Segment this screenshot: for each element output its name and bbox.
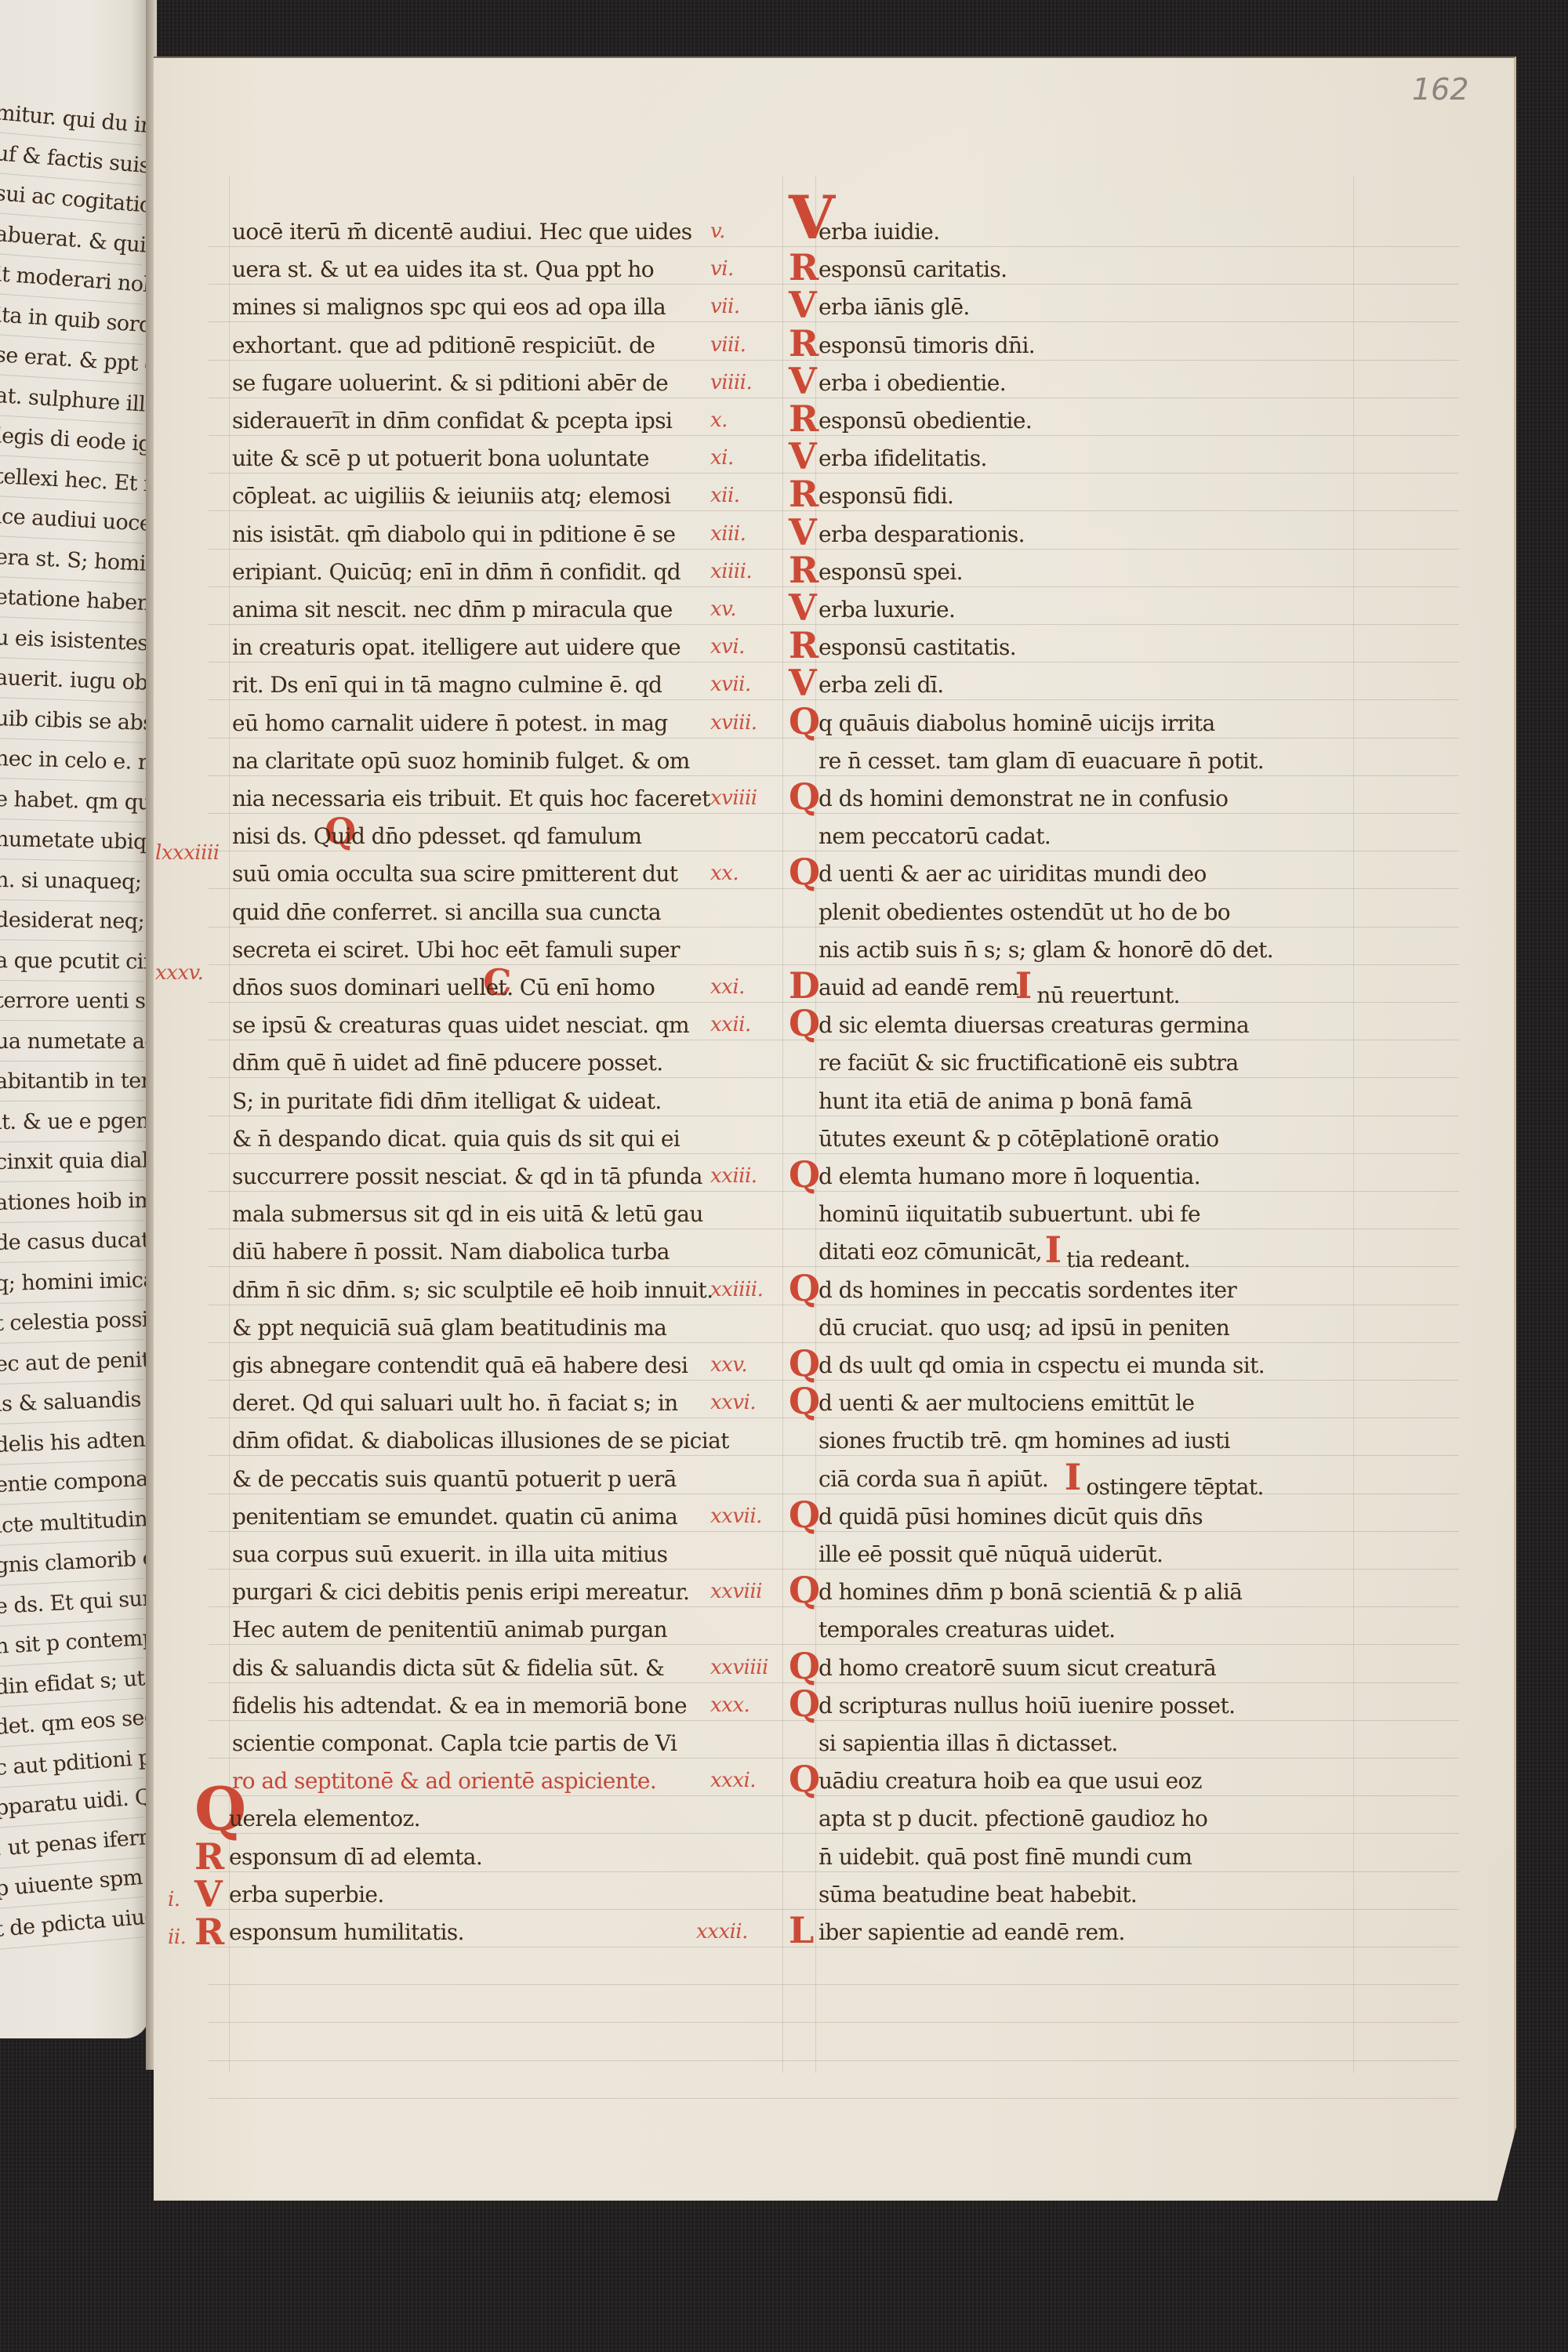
manuscript-text-line: diū habere n̄ possit. Nam diabolica turb… [232, 1236, 670, 1268]
manuscript-text-line: & n̄ despando dicat. quia quis ds sit qu… [232, 1123, 680, 1155]
inline-rubric-phrase: Iostingere tēptat. [1065, 1464, 1264, 1503]
manuscript-text-line: quid dn̄e conferret. si ancilla sua cunc… [232, 897, 661, 928]
manuscript-text-line: nisi ds. Quid dn̄o pdesset. qd famulum [232, 821, 641, 852]
manuscript-text-line: esponsū obedientie. [818, 405, 1032, 437]
manuscript-text-line: n̄ uidebit. quā post finē mundi cum [818, 1842, 1192, 1873]
margin-chapter-numeral: i. [168, 1888, 180, 1911]
manuscript-text-line: suū omia occulta sua scire pmitterent du… [232, 858, 677, 890]
left-page-text-line: abitantib in terra qua [0, 1062, 144, 1102]
rubric-initial: V [789, 438, 817, 474]
left-page-text-line: uib cibis se abstineant. [0, 700, 145, 743]
left-page-text-line: era st. S; homines in omib [0, 539, 145, 584]
manuscript-text-line: deret. Qd qui saluari uult ho. n̄ faciat… [232, 1388, 678, 1419]
manuscript-text-line: purgari & cici debitis penis eripi merea… [232, 1577, 689, 1608]
manuscript-text-line: esponsū timoris dn̄i. [818, 330, 1035, 361]
manuscript-text-line: erba i obedientie. [818, 368, 1006, 399]
left-page-text-line: ua numetate accumula [0, 1023, 144, 1062]
rubric-initial: I [1015, 964, 1033, 1007]
rubric-initial: D [789, 967, 820, 1004]
left-page-text-line: a que pcutit circumd [0, 942, 144, 982]
manuscript-text-line: & ppt nequiciā suā glam beatitudinis ma [232, 1312, 666, 1344]
manuscript-text-line: & de peccatis suis quantū potuerit p uer… [232, 1464, 677, 1495]
margin-chapter-numeral: ii. [168, 1926, 186, 1949]
manuscript-text-line: d scripturas nullus hoiū iuenire posset. [818, 1690, 1235, 1722]
margin-chapter-numeral: xiiii. [710, 560, 752, 583]
ruling-line [209, 1984, 1459, 1985]
manuscript-text-line: d uenti & aer ac uiriditas mundi deo [818, 858, 1207, 890]
left-page-text-line: q; homini imicat [0, 1261, 145, 1303]
manuscript-text-line: q quāuis diabolus hominē uicijs irrita [818, 708, 1215, 739]
rubric-initial: Q [789, 1005, 820, 1041]
rubric-initial: R [789, 401, 818, 437]
manuscript-text-line: hominū iiquitatib subuertunt. ubi fe [818, 1199, 1200, 1230]
left-page-text-line: cinxit quia diabolus [0, 1142, 144, 1182]
manuscript-text-line: scientie componat. Capla tcie partis de … [232, 1728, 677, 1759]
margin-chapter-numeral: xxiiii. [710, 1278, 763, 1301]
manuscript-text-line: d elemta humano more n̄ loquentia. [818, 1161, 1200, 1192]
rubric-initial: Q [789, 1497, 820, 1533]
margin-chapter-numeral: xxiii. [710, 1164, 757, 1188]
manuscript-text-line: na claritate opū suoz hominib fulget. & … [232, 746, 690, 777]
left-page-text-line: desiderat neq; uult [0, 902, 144, 942]
margin-chapter-numeral: v. [710, 220, 725, 243]
manuscript-text-line: fidelis his adtendat. & ea in memoriā bo… [232, 1690, 687, 1722]
manuscript-text-line: d sic elemta diuersas creaturas germina [818, 1010, 1249, 1041]
manuscript-text-line: erba iuidie. [818, 216, 940, 248]
manuscript-text-line: siones fructib trē. qm homines ad iusti [818, 1425, 1230, 1457]
margin-chapter-numeral: xxviiii [710, 1656, 768, 1679]
rubric-initial: V [789, 514, 817, 550]
rubric-initial: R [789, 476, 818, 512]
margin-chapter-numeral: xviii. [710, 711, 757, 735]
margin-chapter-numeral: viii. [710, 333, 746, 357]
margin-chapter-numeral: xx. [710, 862, 739, 885]
left-page-text-line: de casus ducat p q [0, 1221, 144, 1263]
margin-chapter-numeral: x. [710, 408, 728, 432]
manuscript-text-line: esponsū fidi. [818, 481, 953, 512]
rubric-initial: Q [789, 1270, 820, 1306]
rubric-initial: R [789, 249, 818, 285]
manuscript-text-line: ostingere tēptat. [1086, 1474, 1263, 1500]
manuscript-text-line: dn̄os suos dominari uellet. Cū enī homo [232, 972, 655, 1004]
manuscript-text-line: esponsū castitatis. [818, 632, 1016, 663]
left-page-text-line: ec aut de penitentia [0, 1341, 145, 1385]
manuscript-text-line: erba luxurie. [818, 594, 955, 626]
manuscript-text-line: d ds homini demonstrat ne in confusio [818, 783, 1228, 815]
left-page-text-line: etatione habentes si mal [0, 579, 145, 623]
rubric-initial: Q [789, 1383, 820, 1419]
margin-chapter-numeral: xxvi. [710, 1391, 756, 1414]
rubric-initial: L [789, 1912, 814, 1948]
left-page-text-line: is & saluandis dicta [0, 1381, 145, 1425]
inline-rubric-phrase: Inū reuertunt. [1015, 972, 1180, 1011]
manuscript-text-line: apta st p ducit. pfectionē gaudioz ho [818, 1803, 1207, 1835]
manuscript-text-line: ille eē possit quē nūquā uiderūt. [818, 1539, 1163, 1570]
margin-chapter-numeral: xxviii [710, 1580, 762, 1603]
manuscript-text-line: d quidā pūsi homines dicūt quis dn̄s [818, 1501, 1203, 1533]
rubric-initial: Q [789, 1156, 820, 1192]
left-page-text-line: entie componat. [0, 1461, 145, 1505]
rubric-initial: R [789, 627, 818, 663]
manuscript-text-line: d ds uult qd omia in cspectu ei munda si… [818, 1350, 1265, 1381]
rubric-initial: Q [789, 1648, 820, 1684]
manuscript-text-line: plenit obedientes ostendūt ut ho de bo [818, 897, 1230, 928]
manuscript-text-line: mala submersus sit qd in eis uitā & letū… [232, 1199, 703, 1230]
rubric-initial: V [789, 363, 817, 399]
left-page-text-line: legis di eode igne punie [0, 417, 145, 464]
manuscript-text-line: Hec autem de penitentiū animab purgan [232, 1614, 667, 1646]
left-page-text-line: at. sulphure illo afflicti [0, 377, 145, 424]
manuscript-text-line: in creaturis opat. itelligere aut uidere… [232, 632, 681, 663]
left-page-text-line: t celestia possideat [0, 1301, 145, 1344]
manuscript-text-line: ditati eoz cōmunicāt, [818, 1236, 1042, 1268]
left-page-text-line: tellexi hec. Et iteru d [0, 458, 145, 504]
manuscript-text-line: auid ad eandē rem. [818, 972, 1025, 1004]
left-page-text-line: icte multitudinis [0, 1501, 145, 1546]
manuscript-text-line: uera st. & ut ea uides ita st. Qua ppt h… [232, 254, 654, 285]
rubric-initial: R [789, 325, 818, 361]
rubric-initial: Q [789, 854, 820, 890]
manuscript-text-line: uerela elementoz. [229, 1803, 420, 1835]
margin-chapter-numeral: xxvii. [710, 1504, 762, 1528]
manuscript-text-line: re n̄ cesset. tam glam dī euacuare n̄ po… [818, 746, 1264, 777]
manuscript-text-line: ūtutes exeunt & p cōtēplationē oratio [818, 1123, 1219, 1155]
manuscript-text-line: d ds homines in peccatis sordentes iter [818, 1275, 1236, 1306]
manuscript-text-line: sua corpus suū exuerit. in illa uita mit… [232, 1539, 667, 1570]
ruling-line [209, 2022, 1459, 2023]
manuscript-text-line: uocē iterū m̄ dicentē audiui. Hec que ui… [232, 216, 692, 248]
manuscript-text-line: dis & saluandis dicta sūt & fidelia sūt.… [232, 1653, 664, 1684]
manuscript-text-line: dn̄m n̄ sic dn̄m. s; sic sculptile eē ho… [232, 1275, 713, 1306]
manuscript-text-line: cōpleat. ac uigiliis & ieiuniis atq; ele… [232, 481, 670, 512]
margin-chapter-numeral: viiii. [710, 371, 752, 394]
margin-chapter-numeral: xxxv. [155, 961, 203, 985]
manuscript-text-line: gis abnegare contendit quā eā habere des… [232, 1350, 688, 1381]
manuscript-text-line: erba ifidelitatis. [818, 443, 987, 474]
left-page-text-line: numetate ubiq; ee [0, 821, 144, 862]
manuscript-text-line: re faciūt & sic fructificationē eis subt… [818, 1047, 1239, 1079]
manuscript-text-line: uite & scē p ut potuerit bona uoluntate [232, 443, 649, 474]
ruling-line [209, 2060, 1459, 2061]
manuscript-text-line: ciā corda sua n̄ apiūt. [818, 1464, 1048, 1495]
left-page-text-line: delis his adtendat & [0, 1421, 145, 1465]
manuscript-text-line: eū homo carnalit uidere n̄ potest. in ma… [232, 708, 668, 739]
rubric-initial: R [194, 1838, 224, 1875]
manuscript-text-line: nū reuertunt. [1036, 982, 1180, 1008]
rubric-initial: V [789, 665, 817, 701]
manuscript-text-line: exhortant. que ad pditionē respiciūt. de [232, 330, 655, 361]
manuscript-text-line: esponsum humilitatis. [229, 1917, 464, 1948]
margin-chapter-numeral: xxxi. [710, 1769, 756, 1792]
left-page-text-line: it. & ue e pgentib im [0, 1102, 144, 1142]
manuscript-text-line: succurrere possit nesciat. & qd in tā pf… [232, 1161, 702, 1192]
left-page-text-line: ationes hoib immitti [0, 1182, 144, 1223]
manuscript-text-line: nia necessaria eis tribuit. Et quis hoc … [232, 783, 710, 815]
margin-chapter-numeral: vii. [710, 295, 740, 318]
rubric-initial: Q [789, 703, 820, 739]
inline-rubric-phrase: Itia redeant. [1045, 1236, 1190, 1276]
margin-chapter-numeral: xii. [710, 484, 740, 507]
rubric-initial: I [1045, 1229, 1062, 1271]
left-page-text-line: u eis isistentes & penas [0, 619, 145, 663]
manuscript-text-line: nis actib suis n̄ s; s; glam & honorē dō… [818, 935, 1273, 966]
left-page-text-line: e habet. qm quelibet [0, 781, 145, 822]
left-page-text-line: terrore uenti spargit [0, 982, 144, 1022]
rubric-initial: V [789, 287, 817, 323]
manuscript-text-line: esponsū spei. [818, 557, 963, 588]
manuscript-text-line: d uenti & aer multociens emittūt le [818, 1388, 1194, 1419]
manuscript-text-line: hunt ita etiā de anima p bonā famā [818, 1086, 1192, 1117]
folio-number: 162 [1412, 72, 1469, 107]
manuscript-text-line: se fugare uoluerint. & si pditioni abēr … [232, 368, 668, 399]
margin-chapter-numeral: vi. [710, 257, 734, 281]
rubric-initial: R [194, 1914, 224, 1950]
rubric-initial: V [789, 590, 817, 626]
manuscript-text-line: sūma beatudine beat habebit. [818, 1879, 1137, 1911]
manuscript-text-line: se ipsū & creaturas quas uidet nesciat. … [232, 1010, 689, 1041]
manuscript-text-line: secreta ei sciret. Ubi hoc eēt famuli su… [232, 935, 680, 966]
manuscript-text-line: erba iānis glē. [818, 292, 970, 323]
manuscript-text-line: mines si malignos spc qui eos ad opa ill… [232, 292, 666, 323]
manuscript-text-line: S; in puritate fidi dn̄m itelligat & uid… [232, 1086, 662, 1117]
rubric-initial: R [789, 552, 818, 588]
manuscript-text-line: uādiu creatura hoib ea que usui eoz [818, 1766, 1202, 1797]
manuscript-text-line: eripiant. Quicūq; enī in dn̄m n̄ confidi… [232, 557, 681, 588]
left-page-text-line: e ds. Et qui summus [0, 1580, 145, 1626]
manuscript-text-line: nem peccatorū cadat. [818, 821, 1051, 852]
manuscript-text-line: erba superbie. [229, 1879, 384, 1911]
margin-chapter-numeral: xxi. [710, 975, 745, 999]
manuscript-text-line: dn̄m quē n̄ uidet ad finē pducere posset… [232, 1047, 663, 1079]
manuscript-text-line: erba desparationis. [818, 519, 1025, 550]
manuscript-text-line: d homines dn̄m p bonā scientiā & p aliā [818, 1577, 1242, 1608]
margin-chapter-numeral: xxx. [710, 1693, 750, 1717]
manuscript-text-line: temporales creaturas uidet. [818, 1614, 1115, 1646]
ruling-line-vertical [1353, 176, 1354, 2073]
manuscript-text-line: dū cruciat. quo usq; ad ipsū in peniten [818, 1312, 1229, 1344]
left-page-verso: mitur. qui du in corporisuf & factis sui… [0, 0, 149, 2038]
rubric-initial: V [194, 1876, 223, 1912]
margin-chapter-numeral: xiii. [710, 522, 746, 546]
rubric-initial: I [1065, 1456, 1082, 1498]
rubric-initial: Q [789, 1345, 820, 1381]
rubric-initial: Q [789, 1686, 820, 1722]
manuscript-text-line: iber sapientie ad eandē rem. [818, 1917, 1125, 1948]
rubric-initial: Q [789, 1761, 820, 1797]
rubric-initial: Q [789, 1572, 820, 1608]
margin-chapter-numeral: xxxii. [696, 1920, 748, 1944]
margin-chapter-numeral: xv. [710, 597, 736, 621]
manuscript-text-line: erba zeli dī. [818, 670, 944, 701]
rubric-initial: Q [789, 779, 820, 815]
margin-chapter-numeral: xi. [710, 446, 734, 470]
manuscript-text-line: si sapientia illas n̄ dictasset. [818, 1728, 1118, 1759]
margin-chapter-numeral: xxii. [710, 1013, 751, 1036]
left-page-text-line: nec in celo e. nec in ter [0, 740, 145, 782]
manuscript-text-line: anima sit nescit. nec dn̄m p miracula qu… [232, 594, 673, 626]
margin-chapter-numeral: xvi. [710, 635, 745, 659]
left-page-text-line: n sit p contemptu habe [0, 1620, 145, 1667]
left-page-text-line: ice audiui uoce in dicent [0, 498, 145, 543]
left-page-text-line: n. si unaqueq; n p scruta [0, 862, 144, 902]
ruling-line [209, 2098, 1459, 2099]
manuscript-text-line: sideraueri̅t in dn̄m confidat & pcepta i… [232, 405, 672, 437]
margin-chapter-numeral: xviiii [710, 786, 757, 810]
manuscript-text-line: esponsum dī ad elemta. [229, 1842, 482, 1873]
manuscript-text-line: d homo creatorē suum sicut creaturā [818, 1653, 1216, 1684]
right-page-recto: 162 160 uocē iterū m̄ dicentē audiui. He… [154, 56, 1516, 2283]
manuscript-text-line: ro ad septitonē & ad orientē aspiciente. [232, 1766, 656, 1797]
left-page-text-line: auerit. iugu obedientie [0, 659, 145, 702]
manuscript-text-line: nis isistāt. qm̄ diabolo qui in pditione… [232, 519, 675, 550]
ruling-line-vertical [782, 176, 783, 2073]
margin-chapter-numeral: xxv. [710, 1353, 747, 1377]
manuscript-text-line: tia redeant. [1066, 1247, 1190, 1272]
manuscript-text-line: rit. Ds enī qui in tā magno culmine ē. q… [232, 670, 662, 701]
left-page-text-line: gnis clamorib clama [0, 1541, 145, 1586]
manuscript-text-line: dn̄m ofidat. & diabolicas illusiones de … [232, 1425, 729, 1457]
margin-chapter-numeral: lxxxiiii [155, 841, 220, 865]
margin-chapter-numeral: xvii. [710, 673, 751, 696]
manuscript-text-line: esponsū caritatis. [818, 254, 1007, 285]
manuscript-text-line: penitentiam se emundet. quatin cū anima [232, 1501, 677, 1533]
